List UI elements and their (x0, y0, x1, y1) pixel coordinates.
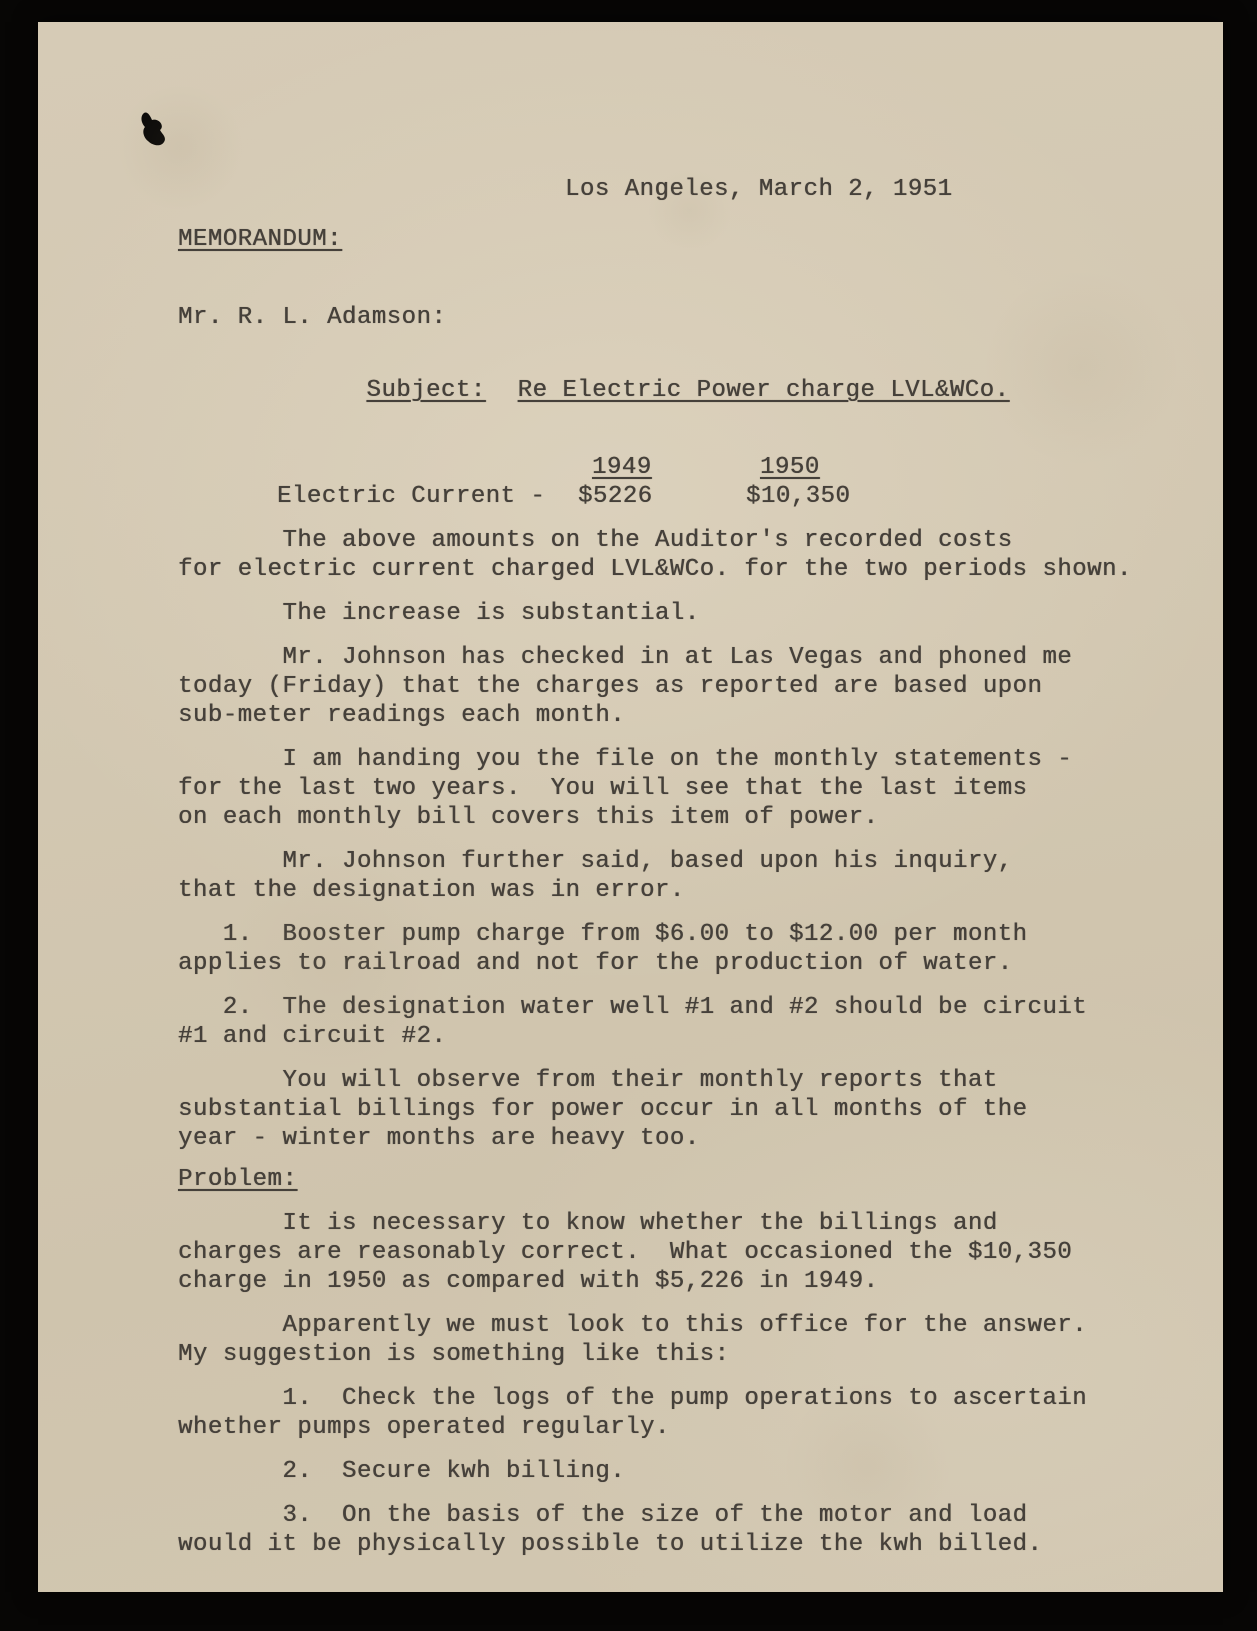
memo-numbered-item: 1. Booster pump charge from $6.00 to $12… (178, 920, 1188, 978)
year-header-1950: 1950 (760, 453, 820, 482)
memo-heading: MEMORANDUM: (178, 225, 1188, 254)
figures-table: 1949 1950 Electric Current - $5226 $10,3… (178, 453, 1188, 511)
memo-paragraph: Mr. Johnson further said, based upon his… (178, 847, 1188, 905)
memo-paragraph: I am handing you the file on the monthly… (178, 745, 1188, 832)
paper-tear-hole (130, 110, 178, 158)
memo-content: Los Angeles, March 2, 1951 MEMORANDUM: M… (178, 175, 1188, 1559)
amount-1949: $5226 (578, 482, 653, 511)
scan-background: { "scan": { "background_color": "#070605… (0, 0, 1257, 1631)
year-header-1949: 1949 (592, 453, 652, 482)
memo-numbered-item: 2. The designation water well #1 and #2 … (178, 993, 1188, 1051)
subject-label: Subject: (366, 377, 485, 404)
amount-1950: $10,350 (746, 482, 850, 511)
subject-text: Re Electric Power charge LVL&WCo. (518, 377, 1010, 404)
memo-numbered-item: 2. Secure kwh billing. (178, 1457, 1188, 1486)
problem-heading: Problem: (178, 1165, 1188, 1194)
memo-numbered-item: 3. On the basis of the size of the motor… (178, 1501, 1188, 1559)
memo-addressee: Mr. R. L. Adamson: (178, 303, 1188, 332)
figures-row-label: Electric Current - (277, 482, 545, 511)
memo-numbered-item: 1. Check the logs of the pump operations… (178, 1384, 1188, 1442)
memo-dateline: Los Angeles, March 2, 1951 (565, 175, 1188, 204)
problem-heading-text: Problem: (178, 1166, 297, 1193)
memo-paragraph: The above amounts on the Auditor's recor… (178, 526, 1188, 584)
memo-heading-text: MEMORANDUM: (178, 226, 342, 253)
memo-paragraph: Mr. Johnson has checked in at Las Vegas … (178, 643, 1188, 730)
memo-paragraph: You will observe from their monthly repo… (178, 1066, 1188, 1153)
memo-page: Los Angeles, March 2, 1951 MEMORANDUM: M… (38, 22, 1223, 1592)
memo-paragraph: The increase is substantial. (178, 599, 1188, 628)
memo-paragraph: Apparently we must look to this office f… (178, 1311, 1188, 1369)
memo-paragraph: It is necessary to know whether the bill… (178, 1209, 1188, 1296)
subject-line: Subject:Re Electric Power charge LVL&WCo… (277, 347, 1188, 434)
